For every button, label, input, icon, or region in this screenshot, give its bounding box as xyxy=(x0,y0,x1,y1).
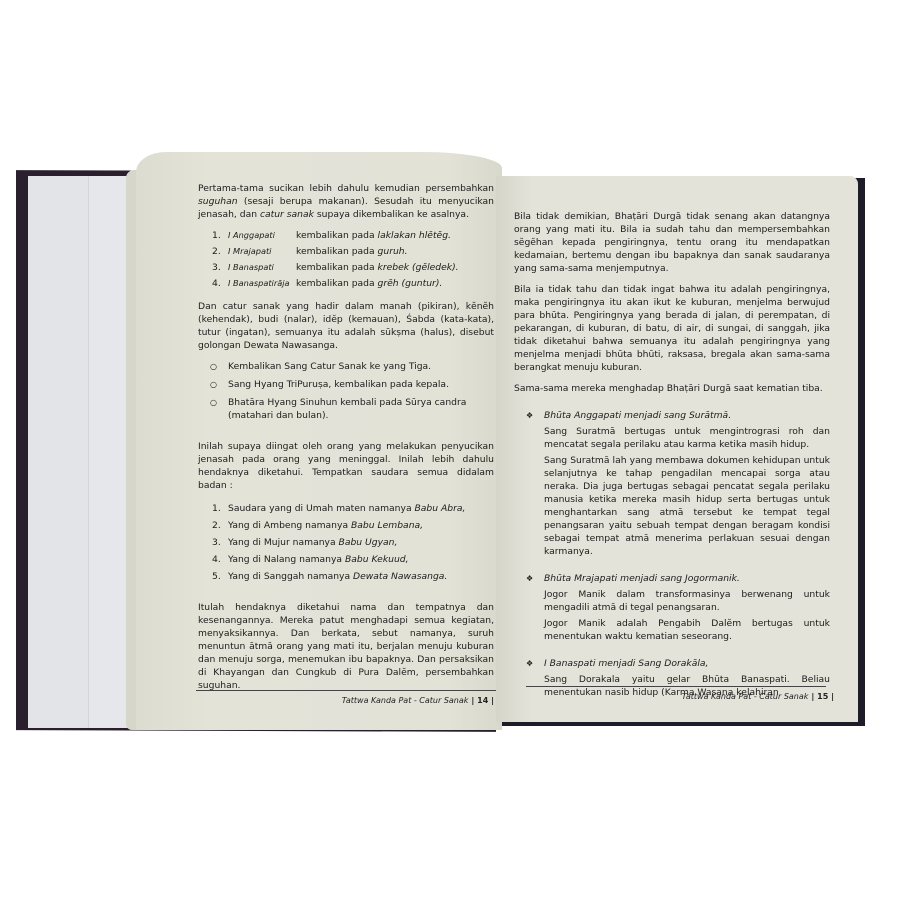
item-target: guruh. xyxy=(378,245,408,258)
list-item: ○Kembalikan Sang Catur Sanak ke yang Tig… xyxy=(210,360,494,373)
right-page-text: Bila tidak demikian, Bhaṭāri Durgā tidak… xyxy=(514,210,830,707)
item-number: 4. xyxy=(212,553,228,566)
list-item: 3.Yang di Mujur namanya Babu Ugyan, xyxy=(212,536,494,549)
item-text: Yang di Mujur namanya xyxy=(228,537,339,548)
list-item: 1.Saudara yang di Umah maten namanya Bab… xyxy=(212,502,494,515)
running-title: Tattwa Kanda Pat - Catur Sanak xyxy=(342,696,469,705)
list-item: 3.I Banaspatikembalikan pada krebek (gĕl… xyxy=(212,261,494,274)
catur-sanak-paragraph: Dan catur sanak yang hadir dalam manah (… xyxy=(198,300,494,352)
diamond-item: ❖Bhūta Mrajapati menjadi sang Jogormanik… xyxy=(526,572,830,643)
item-name: I Banaspati xyxy=(228,261,296,274)
list-item: ○Sang Hyang TriPuruṣa, kembalikan pada k… xyxy=(210,378,494,391)
item-name: I Banaspatirāja xyxy=(228,277,296,290)
item-number: 1. xyxy=(212,502,228,515)
item-name: Babu Kekuud, xyxy=(345,554,409,565)
item-target: grĕh (guntur). xyxy=(378,277,443,290)
item-action: kembalikan pada xyxy=(296,245,375,258)
item-number: 4. xyxy=(212,277,228,290)
item-text: Saudara yang di Umah maten namanya xyxy=(228,503,415,514)
item-target: laklakan hlĕtĕg. xyxy=(378,229,451,242)
item-name: Dewata Nawasanga. xyxy=(353,571,447,582)
item-text: Yang di Nalang namanya xyxy=(228,554,345,565)
item-action: kembalikan pada xyxy=(296,229,375,242)
paragraph: Bila ia tidak tahu dan tidak ingat bahwa… xyxy=(514,283,830,374)
item-text: Yang di Ambeng namanya xyxy=(228,520,351,531)
page-footer: Tattwa Kanda Pat - Catur Sanak| 14 | xyxy=(342,696,494,705)
item-heading: I Banaspati menjadi Sang Dorakāla, xyxy=(544,657,708,670)
list-item: 4.I Banaspatirājakembalikan pada grĕh (g… xyxy=(212,277,494,290)
item-action: kembalikan pada xyxy=(296,277,375,290)
intro-part: Pertama-tama sucikan lebih dahulu kemudi… xyxy=(198,183,494,194)
list-item: 1.I Anggapatikembalikan pada laklakan hl… xyxy=(212,229,494,242)
itulah-paragraph: Itulah hendaknya diketahui nama dan temp… xyxy=(198,601,494,692)
diamond-item: ❖Bhūta Anggapati menjadi sang Surātmā. S… xyxy=(526,409,830,558)
item-text: Bhatāra Hyang Sinuhun kembali pada Sūrya… xyxy=(228,396,494,422)
page-number-value: 14 xyxy=(477,696,488,705)
item-target: krebek (gĕledek). xyxy=(378,261,459,274)
item-body: Sang Suratmā lah yang membawa dokumen ke… xyxy=(544,454,830,558)
return-list: 1.I Anggapatikembalikan pada laklakan hl… xyxy=(198,229,494,290)
item-number: 1. xyxy=(212,229,228,242)
item-text: Yang di Sanggah namanya xyxy=(228,571,353,582)
list-item: 2.Yang di Ambeng namanya Babu Lembana, xyxy=(212,519,494,532)
item-name: Babu Lembana, xyxy=(351,520,423,531)
page-number: | 15 | xyxy=(811,692,834,701)
circle-bullet-icon: ○ xyxy=(210,396,228,422)
list-item: ○Bhatāra Hyang Sinuhun kembali pada Sūry… xyxy=(210,396,494,422)
intro-term: catur sanak xyxy=(260,209,314,220)
endpaper xyxy=(28,176,88,728)
item-text: Sang Hyang TriPuruṣa, kembalikan pada ke… xyxy=(228,378,449,391)
item-number: 2. xyxy=(212,519,228,532)
footer-rule xyxy=(526,686,826,687)
left-page-text: Pertama-tama sucikan lebih dahulu kemudi… xyxy=(198,182,494,700)
item-heading: Bhūta Mrajapati menjadi sang Jogormanik. xyxy=(544,572,740,585)
left-page: Pertama-tama sucikan lebih dahulu kemudi… xyxy=(136,152,502,730)
circle-bullet-icon: ○ xyxy=(210,378,228,391)
diamond-bullet-icon: ❖ xyxy=(526,657,544,670)
right-page: Bila tidak demikian, Bhaṭāri Durgā tidak… xyxy=(496,176,858,722)
item-body: Jogor Manik adalah Pengabih Dalĕm bertug… xyxy=(544,617,830,643)
diamond-bullet-icon: ❖ xyxy=(526,409,544,422)
item-name: I Anggapati xyxy=(228,229,296,242)
page-number: | 14 | xyxy=(471,696,494,705)
item-name: Babu Ugyan, xyxy=(339,537,398,548)
intro-part: supaya dikembalikan ke asalnya. xyxy=(314,209,469,220)
inilah-paragraph: Inilah supaya diingat oleh orang yang me… xyxy=(198,440,494,492)
page-number-value: 15 xyxy=(817,692,828,701)
paragraph: Sama-sama mereka menghadap Bhaṭāri Durgā… xyxy=(514,382,830,395)
item-heading: Bhūta Anggapati menjadi sang Surātmā. xyxy=(544,409,731,422)
item-body: Sang Suratmā bertugas untuk mengintrogra… xyxy=(544,425,830,451)
running-title: Tattwa Kanda Pat - Catur Sanak xyxy=(682,692,809,701)
page-footer: Tattwa Kanda Pat - Catur Sanak| 15 | xyxy=(682,692,834,701)
item-name: Babu Abra, xyxy=(415,503,466,514)
list-item: 4.Yang di Nalang namanya Babu Kekuud, xyxy=(212,553,494,566)
item-number: 3. xyxy=(212,536,228,549)
diamond-bullet-icon: ❖ xyxy=(526,572,544,585)
intro-term: suguhan xyxy=(198,196,238,207)
item-number: 5. xyxy=(212,570,228,583)
intro-paragraph: Pertama-tama sucikan lebih dahulu kemudi… xyxy=(198,182,494,221)
item-action: kembalikan pada xyxy=(296,261,375,274)
paragraph: Bila tidak demikian, Bhaṭāri Durgā tidak… xyxy=(514,210,830,275)
circle-bullet-list: ○Kembalikan Sang Catur Sanak ke yang Tig… xyxy=(210,360,494,422)
footer-rule xyxy=(196,690,496,691)
item-number: 3. xyxy=(212,261,228,274)
circle-bullet-icon: ○ xyxy=(210,360,228,373)
item-text: Kembalikan Sang Catur Sanak ke yang Tiga… xyxy=(228,360,431,373)
list-item: 2.I Mrajapatikembalikan pada guruh. xyxy=(212,245,494,258)
item-number: 2. xyxy=(212,245,228,258)
item-body: Jogor Manik dalam transformasinya berwen… xyxy=(544,588,830,614)
item-name: I Mrajapati xyxy=(228,245,296,258)
list-item: 5.Yang di Sanggah namanya Dewata Nawasan… xyxy=(212,570,494,583)
saudara-list: 1.Saudara yang di Umah maten namanya Bab… xyxy=(212,502,494,583)
